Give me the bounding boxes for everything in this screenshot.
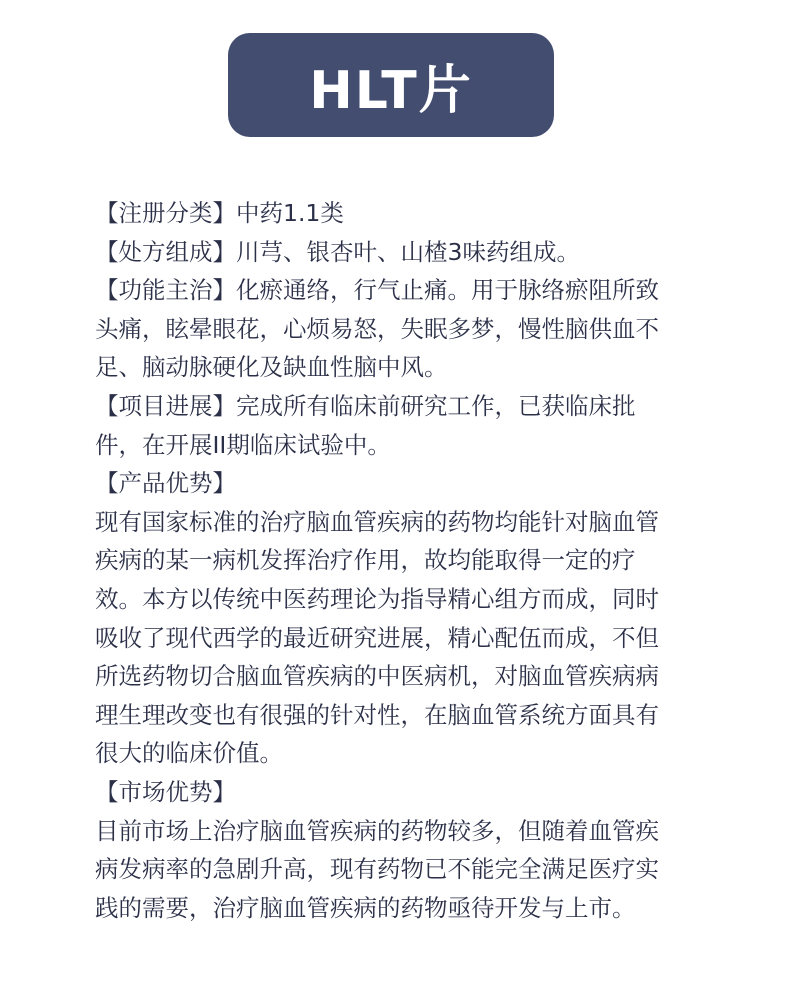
progress-line-2: 件，在开展II期临床试验中。 [95,426,715,465]
title-badge: HLT片 [228,33,554,137]
progress-label: 【项目进展】 [95,392,236,420]
registration-label: 【注册分类】 [95,199,236,227]
product-description: 【注册分类】中药1.1类 【处方组成】川芎、银杏叶、山楂3味药组成。 【功能主治… [95,194,715,927]
product-advantage-line-1: 现有国家标准的治疗脑血管疾病的药物均能针对脑血管 [95,503,715,542]
prescription-line: 【处方组成】川芎、银杏叶、山楂3味药组成。 [95,233,715,272]
product-title: HLT片 [309,48,473,123]
product-advantage-line-2: 疾病的某一病机发挥治疗作用，故均能取得一定的疗 [95,541,715,580]
function-label: 【功能主治】 [95,276,236,304]
function-text: 化瘀通络，行气止痛。用于脉络瘀阻所致 [236,276,659,304]
function-line-2: 头痛，眩晕眼花，心烦易怒，失眠多梦，慢性脑供血不 [95,310,715,349]
progress-text: 完成所有临床前研究工作，已获临床批 [236,392,636,420]
market-advantage-heading: 【市场优势】 [95,773,715,812]
product-advantage-line-4: 吸收了现代西学的最近研究进展，精心配伍而成，不但 [95,619,715,658]
market-advantage-line-1: 目前市场上治疗脑血管疾病的药物较多，但随着血管疾 [95,812,715,851]
product-advantage-line-5: 所选药物切合脑血管疾病的中医病机，对脑血管疾病病 [95,657,715,696]
registration-value: 中药1.1类 [236,199,344,227]
prescription-label: 【处方组成】 [95,238,236,266]
registration-line: 【注册分类】中药1.1类 [95,194,715,233]
product-advantage-heading: 【产品优势】 [95,464,715,503]
product-advantage-line-7: 很大的临床价值。 [95,734,715,773]
prescription-value: 川芎、银杏叶、山楂3味药组成。 [236,238,580,266]
function-line-3: 足、脑动脉硬化及缺血性脑中风。 [95,348,715,387]
market-advantage-line-2: 病发病率的急剧升高，现有药物已不能完全满足医疗实 [95,850,715,889]
market-advantage-line-3: 践的需要，治疗脑血管疾病的药物亟待开发与上市。 [95,889,715,928]
progress-line-1: 【项目进展】完成所有临床前研究工作，已获临床批 [95,387,715,426]
product-advantage-line-3: 效。本方以传统中医药理论为指导精心组方而成，同时 [95,580,715,619]
product-advantage-line-6: 理生理改变也有很强的针对性，在脑血管系统方面具有 [95,696,715,735]
function-line-1: 【功能主治】化瘀通络，行气止痛。用于脉络瘀阻所致 [95,271,715,310]
